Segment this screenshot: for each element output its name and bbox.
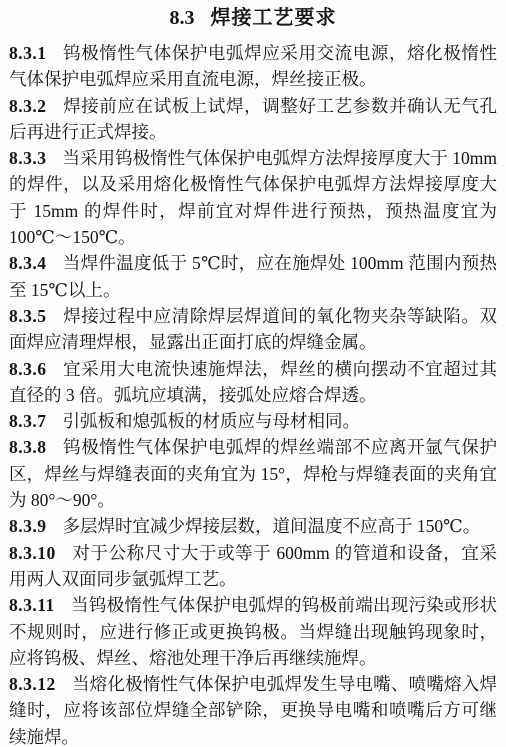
clause-text: 钨极惰性气体保护电弧焊应采用交流电源，熔化极惰性气体保护电弧焊应采用直流电源，焊…: [9, 43, 497, 89]
clause-text: 当钨极惰性气体保护电弧焊的钨极前端出现污染或形状不规则时，应进行修正或更换钨极。…: [9, 595, 497, 668]
clause-text: 当焊件温度低于 5℃时，应在施焊处 100mm 范围内预热至 15℃以上。: [9, 253, 497, 299]
clause-number: 8.3.9: [9, 516, 47, 536]
clause-number: 8.3.6: [9, 359, 47, 379]
clause-text: 焊接过程中应清除焊层焊道间的氧化物夹杂等缺陷。双面焊应清理焊根，显露出正面打底的…: [9, 306, 497, 352]
clause-8-3-12: 8.3.12当熔化极惰性气体保护电弧焊发生导电嘴、喷嘴熔入焊缝时，应将该部位焊缝…: [9, 671, 497, 747]
clause-number: 8.3.8: [9, 437, 47, 457]
document-page: 8.3焊接工艺要求 8.3.1钨极惰性气体保护电弧焊应采用交流电源，熔化极惰性气…: [0, 0, 506, 747]
clause-8-3-7: 8.3.7引弧板和熄弧板的材质应与母材相同。: [9, 408, 497, 434]
clause-text: 对于公称尺寸大于或等于 600mm 的管道和设备，宜采用两人双面同步氩弧焊工艺。: [9, 543, 497, 589]
clause-number: 8.3.12: [9, 674, 56, 694]
clause-number: 8.3.7: [9, 411, 47, 431]
clause-8-3-11: 8.3.11当钨极惰性气体保护电弧焊的钨极前端出现污染或形状不规则时，应进行修正…: [9, 592, 497, 671]
clause-number: 8.3.3: [9, 148, 47, 168]
clause-text: 当采用钨极惰性气体保护电弧焊方法焊接厚度大于 10mm 的焊件，以及采用熔化极惰…: [9, 148, 497, 247]
clause-8-3-1: 8.3.1钨极惰性气体保护电弧焊应采用交流电源，熔化极惰性气体保护电弧焊应采用直…: [9, 40, 497, 93]
clause-text: 焊接前应在试板上试焊，调整好工艺参数并确认无气孔后再进行正式焊接。: [9, 96, 497, 142]
clause-8-3-10: 8.3.10对于公称尺寸大于或等于 600mm 的管道和设备，宜采用两人双面同步…: [9, 540, 497, 593]
clause-number: 8.3.1: [9, 43, 47, 63]
clause-text: 多层焊时宜减少焊接层数，道间温度不应高于 150℃。: [63, 516, 481, 536]
clause-8-3-6: 8.3.6宜采用大电流快速施焊法，焊丝的横向摆动不宜超过其直径的 3 倍。弧坑应…: [9, 356, 497, 409]
clause-number: 8.3.10: [9, 543, 56, 563]
clause-number: 8.3.5: [9, 306, 47, 326]
clause-8-3-3: 8.3.3当采用钨极惰性气体保护电弧焊方法焊接厚度大于 10mm 的焊件，以及采…: [9, 145, 497, 250]
clause-number: 8.3.4: [9, 253, 47, 273]
clause-8-3-9: 8.3.9多层焊时宜减少焊接层数，道间温度不应高于 150℃。: [9, 513, 497, 539]
clause-number: 8.3.11: [9, 595, 55, 615]
clause-text: 宜采用大电流快速施焊法，焊丝的横向摆动不宜超过其直径的 3 倍。弧坑应填满，接弧…: [9, 359, 497, 405]
clause-number: 8.3.2: [9, 96, 47, 116]
clause-8-3-2: 8.3.2焊接前应在试板上试焊，调整好工艺参数并确认无气孔后再进行正式焊接。: [9, 93, 497, 146]
clause-8-3-8: 8.3.8钨极惰性气体保护电弧焊的焊丝端部不应离开氩气保护区，焊丝与焊缝表面的夹…: [9, 434, 497, 513]
section-heading: 8.3焊接工艺要求: [9, 4, 497, 32]
clause-text: 引弧板和熄弧板的材质应与母材相同。: [63, 411, 361, 431]
clause-text: 钨极惰性气体保护电弧焊的焊丝端部不应离开氩气保护区，焊丝与焊缝表面的夹角宜为 1…: [9, 437, 497, 510]
clause-8-3-5: 8.3.5焊接过程中应清除焊层焊道间的氧化物夹杂等缺陷。双面焊应清理焊根，显露出…: [9, 303, 497, 356]
section-number: 8.3: [170, 7, 195, 29]
section-title: 焊接工艺要求: [211, 7, 337, 29]
clause-8-3-4: 8.3.4当焊件温度低于 5℃时，应在施焊处 100mm 范围内预热至 15℃以…: [9, 250, 497, 303]
clause-text: 当熔化极惰性气体保护电弧焊发生导电嘴、喷嘴熔入焊缝时，应将该部位焊缝全部铲除，更…: [9, 674, 497, 747]
